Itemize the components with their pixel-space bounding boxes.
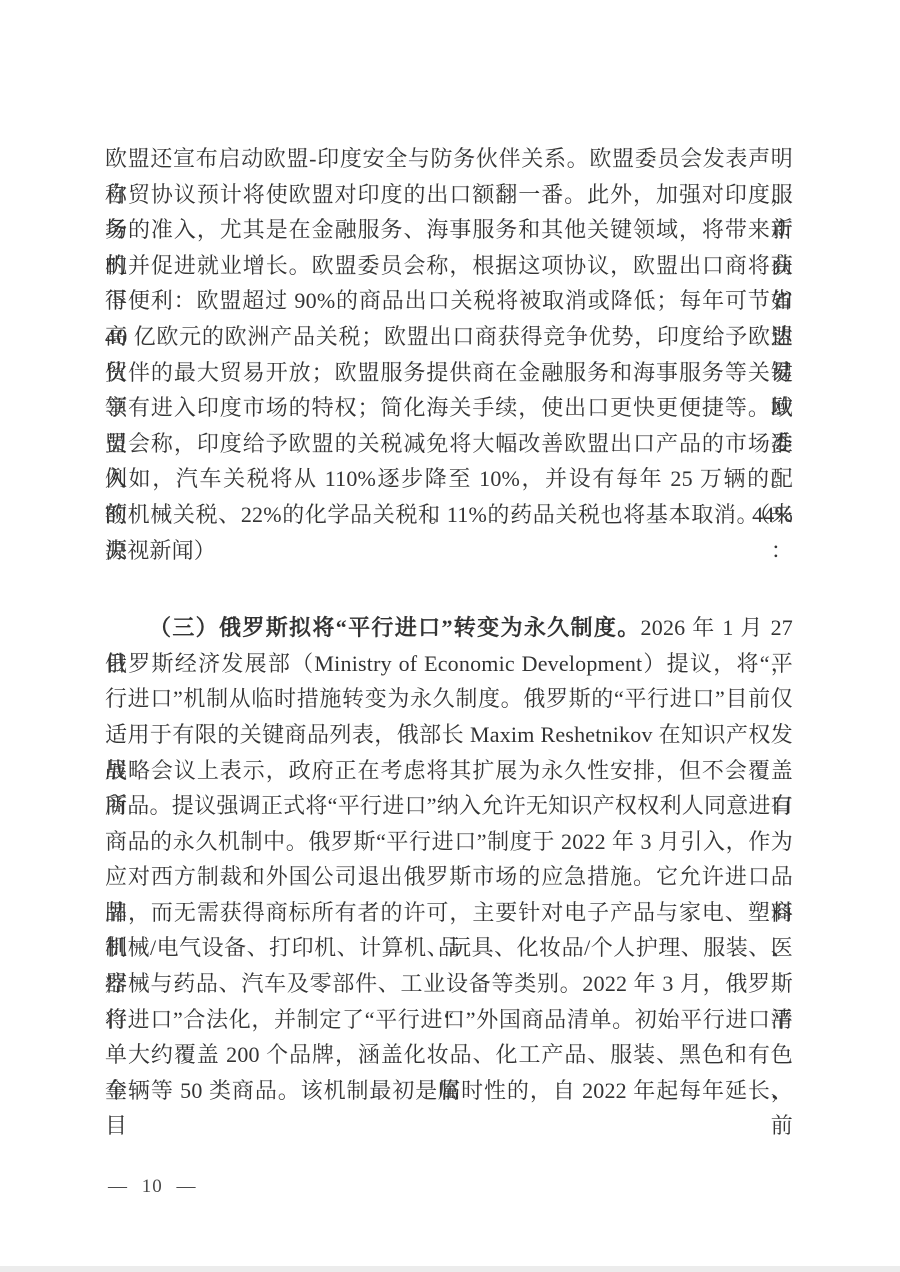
text-line: 40 亿欧元的欧洲产品关税；欧盟出口商获得竞争优势，印度给予欧盟贸易 [105, 319, 793, 355]
text-line: 的机械关税、22%的化学品关税和 11%的药品关税也将基本取消。（来源： [105, 497, 793, 533]
text-line: 单大约覆盖 200 个品牌，涵盖化妆品、化工产品、服装、黑色和有色金属、 [105, 1037, 793, 1073]
text-block: 欧盟还宣布启动欧盟-印度安全与防务伙伴关系。欧盟委员会发表声明称， 自贸协议预计… [105, 141, 793, 1108]
text-line: 品，而无需获得商标所有者的许可，主要针对电子产品与家电、塑料制品、 [105, 895, 793, 931]
text-line: 应对西方制裁和外国公司退出俄罗斯市场的应急措施。它允许进口品牌商 [105, 859, 793, 895]
text-line: 享有进入印度市场的特权；简化海关手续，使出口更快更便捷等。欧盟委 [105, 390, 793, 426]
section-heading-bold: （三）俄罗斯拟将“平行进口”转变为永久制度。 [149, 615, 641, 640]
scan-edge [0, 1266, 900, 1272]
text-line: 例如，汽车关税将从 110%逐步降至 10%，并设有每年 25 万辆的配额。44… [105, 461, 793, 497]
document-page: 欧盟还宣布启动欧盟-印度安全与防务伙伴关系。欧盟委员会发表声明称， 自贸协议预计… [0, 0, 900, 1272]
paragraph-russia-parallel-import: （三）俄罗斯拟将“平行进口”转变为永久制度。2026 年 1 月 27 日， 俄… [105, 610, 793, 1108]
text-line: 战略会议上表示，政府正在考虑将其扩展为永久性安排，但不会覆盖所有 [105, 753, 793, 789]
text-line: 场的准入，尤其是在金融服务、海事服务和其他关键领域，将带来新的商 [105, 212, 793, 248]
text-line: 下便利：欧盟超过 90%的商品出口关税将被取消或降低；每年可节省高达 [105, 283, 793, 319]
text-line: 车辆等 50 类商品。该机制最初是临时性的，自 2022 年起每年延长，目前 [105, 1073, 793, 1109]
text-line: 员会称，印度给予欧盟的关税减免将大幅改善欧盟出口产品的市场准入。 [105, 426, 793, 462]
page-number: — 10 — [108, 1176, 197, 1198]
text-line: 机并促进就业增长。欧盟委员会称，根据这项协议，欧盟出口商将获得如 [105, 248, 793, 284]
text-line: 机械/电气设备、打印机、计算机、玩具、化妆品/个人护理、服装、医疗 [105, 930, 793, 966]
paragraph-eu-india: 欧盟还宣布启动欧盟-印度安全与防务伙伴关系。欧盟委员会发表声明称， 自贸协议预计… [105, 141, 793, 568]
text-line: 商品的永久机制中。俄罗斯“平行进口”制度于 2022 年 3 月引入，作为 [105, 824, 793, 860]
text-line: 适用于有限的关键商品列表，俄部长 Maxim Reshetnikov 在知识产权… [105, 717, 793, 753]
text-line: 自贸协议预计将使欧盟对印度的出口额翻一番。此外，加强对印度服务市 [105, 177, 793, 213]
text-line: 行进口”机制从临时措施转变为永久制度。俄罗斯的“平行进口”目前仅 [105, 681, 793, 717]
text-line: 器械与药品、汽车及零部件、工业设备等类别。2022 年 3 月，俄罗斯将“平 [105, 966, 793, 1002]
text-line: 伙伴的最大贸易开放；欧盟服务提供商在金融服务和海事服务等关键领域 [105, 355, 793, 391]
text-line: 行进口”合法化，并制定了“平行进口”外国商品清单。初始平行进口清 [105, 1002, 793, 1038]
text-line: 俄罗斯经济发展部（Ministry of Economic Developmen… [105, 646, 793, 682]
section-heading-line: （三）俄罗斯拟将“平行进口”转变为永久制度。2026 年 1 月 27 日， [105, 610, 793, 646]
text-line: 商品。提议强调正式将“平行进口”纳入允许无知识产权权利人同意进口 [105, 788, 793, 824]
text-line: 欧盟还宣布启动欧盟-印度安全与防务伙伴关系。欧盟委员会发表声明称， [105, 141, 793, 177]
